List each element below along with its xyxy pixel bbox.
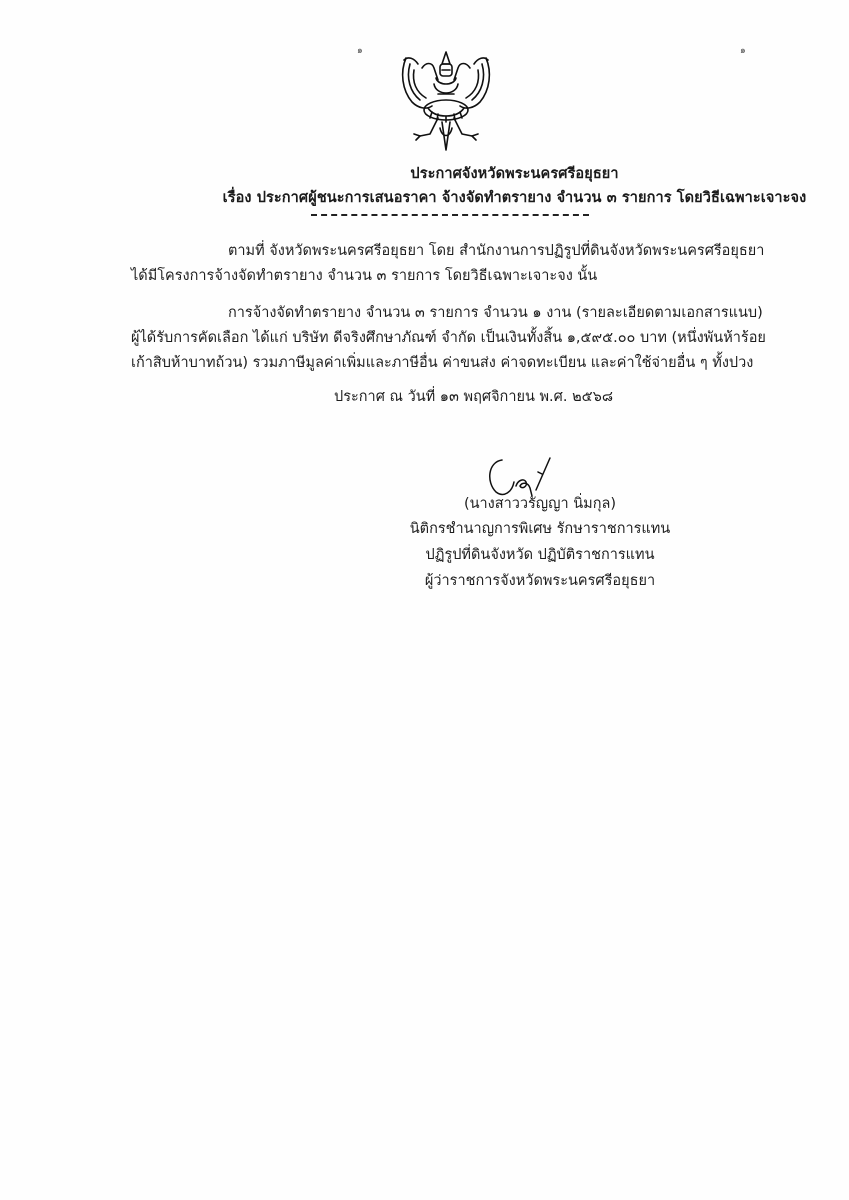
document-page: ๑ ๑ [0, 0, 849, 1200]
garuda-emblem-icon [398, 50, 494, 152]
paragraph-1-line-2: ได้มีโครงการจ้างจัดทำตรายาง จำนวน ๓ รายก… [131, 264, 597, 287]
document-title: ประกาศจังหวัดพระนครศรีอยุธยา [90, 162, 849, 185]
announcement-date: ประกาศ ณ วันที่ ๑๓ พฤศจิกายน พ.ศ. ๒๕๖๘ [334, 385, 613, 408]
signatory-position-3: ผู้ว่าราชการจังหวัดพระนครศรีอยุธยา [330, 569, 750, 592]
paragraph-2-line-3: เก้าสิบห้าบาทถ้วน) รวมภาษีมูลค่าเพิ่มและ… [131, 351, 753, 374]
signatory-position-2: ปฏิรูปที่ดินจังหวัด ปฏิบัติราชการแทน [330, 543, 750, 566]
corner-mark-right: ๑ [740, 43, 746, 57]
paragraph-1-line-1: ตามที่ จังหวัดพระนครศรีอยุธยา โดย สำนักง… [228, 239, 764, 262]
paragraph-2-line-2: ผู้ได้รับการคัดเลือก ได้แก่ บริษัท ดีจริ… [131, 326, 766, 349]
signatory-position-1: นิติกรชำนาญการพิเศษ รักษาราชการแทน [330, 517, 750, 540]
header-divider [311, 214, 589, 216]
paragraph-2-line-1: การจ้างจัดทำตรายาง จำนวน ๓ รายการ จำนวน … [228, 301, 763, 324]
document-subject: เรื่อง ประกาศผู้ชนะการเสนอราคา จ้างจัดทำ… [90, 186, 849, 209]
signatory-name: (นางสาววรัญญา นิ่มกุล) [330, 492, 750, 515]
corner-mark-left: ๑ [357, 43, 363, 57]
